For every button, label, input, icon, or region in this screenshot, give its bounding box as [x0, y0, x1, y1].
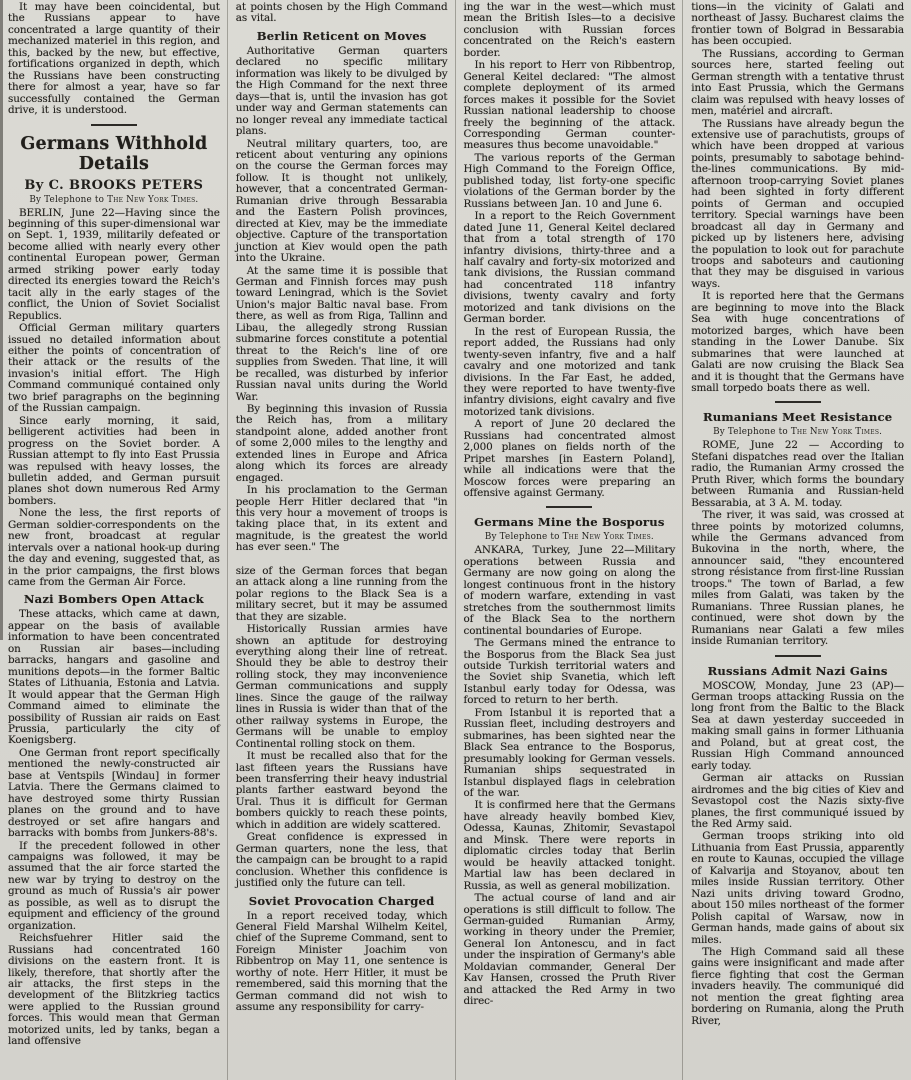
- section-subhead: Soviet Provocation Charged: [236, 894, 448, 908]
- article-paragraph: Since early morning, it said, belligeren…: [8, 416, 220, 508]
- article-paragraph: Authoritative German quarters declared n…: [236, 46, 448, 138]
- article-paragraph: In the rest of European Russia, the repo…: [464, 327, 676, 419]
- article-paragraph: German troops striking into old Lithuani…: [691, 831, 904, 946]
- separator-rule: [775, 655, 821, 657]
- article-paragraph: The river, it was said, was crossed at t…: [691, 510, 904, 647]
- separator-rule: [546, 506, 592, 508]
- article-paragraph: MOSCOW, Monday, June 23 (AP)—German troo…: [691, 681, 904, 773]
- credit-times: The New York Times.: [563, 532, 654, 542]
- credit-times: The New York Times.: [107, 195, 198, 205]
- article-paragraph: The actual course of land and air operat…: [464, 893, 676, 1008]
- article-paragraph: The Germans mined the entrance to the Bo…: [464, 638, 676, 707]
- credit-times: The New York Times.: [791, 427, 882, 437]
- section-subhead: Rumanians Meet Resistance: [691, 410, 904, 424]
- article-paragraph: These attacks, which came at dawn, appea…: [8, 609, 220, 746]
- article-paragraph-continuation: at points chosen by the High Command as …: [236, 2, 448, 25]
- article-paragraph: It is reported here that the Germans are…: [691, 291, 904, 394]
- section-subhead: Russians Admit Nazi Gains: [691, 664, 904, 678]
- article-paragraph-continuation: tions—in the vicinity of Galati and nort…: [691, 2, 904, 48]
- article-paragraph: Official German military quarters issued…: [8, 323, 220, 415]
- column-1: It may have been coincidental, but the R…: [0, 0, 228, 1080]
- article-paragraph: In a report to the Reich Government date…: [464, 211, 676, 326]
- separator-rule: [91, 124, 137, 126]
- article-paragraph: BERLIN, June 22—Having since the beginni…: [8, 208, 220, 323]
- article-paragraph: In a report received today, which Genera…: [236, 911, 448, 1014]
- article-byline: By C. BROOKS PETERS: [8, 178, 220, 193]
- credit-prefix: By Telephone to: [485, 532, 563, 542]
- telephone-credit: By Telephone to The New York Times.: [691, 427, 904, 437]
- telephone-credit: By Telephone to The New York Times.: [8, 195, 220, 205]
- article-headline: Germans Withhold Details: [8, 134, 220, 174]
- article-paragraph: In his report to Herr von Ribbentrop, Ge…: [464, 60, 676, 152]
- article-paragraph: From Istanbul it is reported that a Russ…: [464, 708, 676, 800]
- section-subhead: Berlin Reticent on Moves: [236, 29, 448, 43]
- article-paragraph: Neutral military quarters, too, are reti…: [236, 139, 448, 265]
- column-4: tions—in the vicinity of Galati and nort…: [683, 0, 911, 1080]
- article-paragraph: The Russians have already begun the exte…: [691, 119, 904, 291]
- article-paragraph: ROME, June 22 — According to Stefani dis…: [691, 440, 904, 509]
- article-paragraph: Historically Russian armies have shown a…: [236, 624, 448, 750]
- credit-prefix: By Telephone to: [713, 427, 791, 437]
- column-2: at points chosen by the High Command as …: [228, 0, 456, 1080]
- article-paragraph: It must be recalled also that for the la…: [236, 751, 448, 831]
- article-paragraph-continuation: ing the war in the west—which must mean …: [464, 2, 676, 59]
- article-paragraph: In his proclamation to the German people…: [236, 485, 448, 554]
- article-paragraph-continuation: size of the German forces that began an …: [236, 566, 448, 623]
- column-3: ing the war in the west—which must mean …: [456, 0, 684, 1080]
- article-paragraph: At the same time it is possible that Ger…: [236, 266, 448, 403]
- article-paragraph: German air attacks on Russian airdromes …: [691, 773, 904, 830]
- article-paragraph: The Russians, according to German source…: [691, 49, 904, 118]
- article-paragraph: If the precedent followed in other campa…: [8, 841, 220, 933]
- article-paragraph: The various reports of the German High C…: [464, 153, 676, 210]
- credit-prefix: By Telephone to: [29, 195, 107, 205]
- article-paragraph: None the less, the first reports of Germ…: [8, 508, 220, 588]
- section-subhead: Nazi Bombers Open Attack: [8, 592, 220, 606]
- article-paragraph: One German front report specifically men…: [8, 748, 220, 840]
- article-paragraph: The High Command said all these gains we…: [691, 947, 904, 1027]
- article-paragraph: Reichsfuehrer Hitler said the Russians h…: [8, 933, 220, 1048]
- separator-rule: [775, 401, 821, 403]
- article-paragraph: By beginning this invasion of Russia the…: [236, 404, 448, 484]
- newspaper-page: It may have been coincidental, but the R…: [0, 0, 911, 1080]
- article-paragraph: Great confidence is expressed in German …: [236, 832, 448, 889]
- article-paragraph: It is confirmed here that the Germans ha…: [464, 800, 676, 892]
- section-subhead: Germans Mine the Bosporus: [464, 515, 676, 529]
- article-paragraph: It may have been coincidental, but the R…: [8, 2, 220, 117]
- article-paragraph: A report of June 20 declared the Russian…: [464, 419, 676, 499]
- telephone-credit: By Telephone to The New York Times.: [464, 532, 676, 542]
- article-paragraph: ANKARA, Turkey, June 22—Military operati…: [464, 545, 676, 637]
